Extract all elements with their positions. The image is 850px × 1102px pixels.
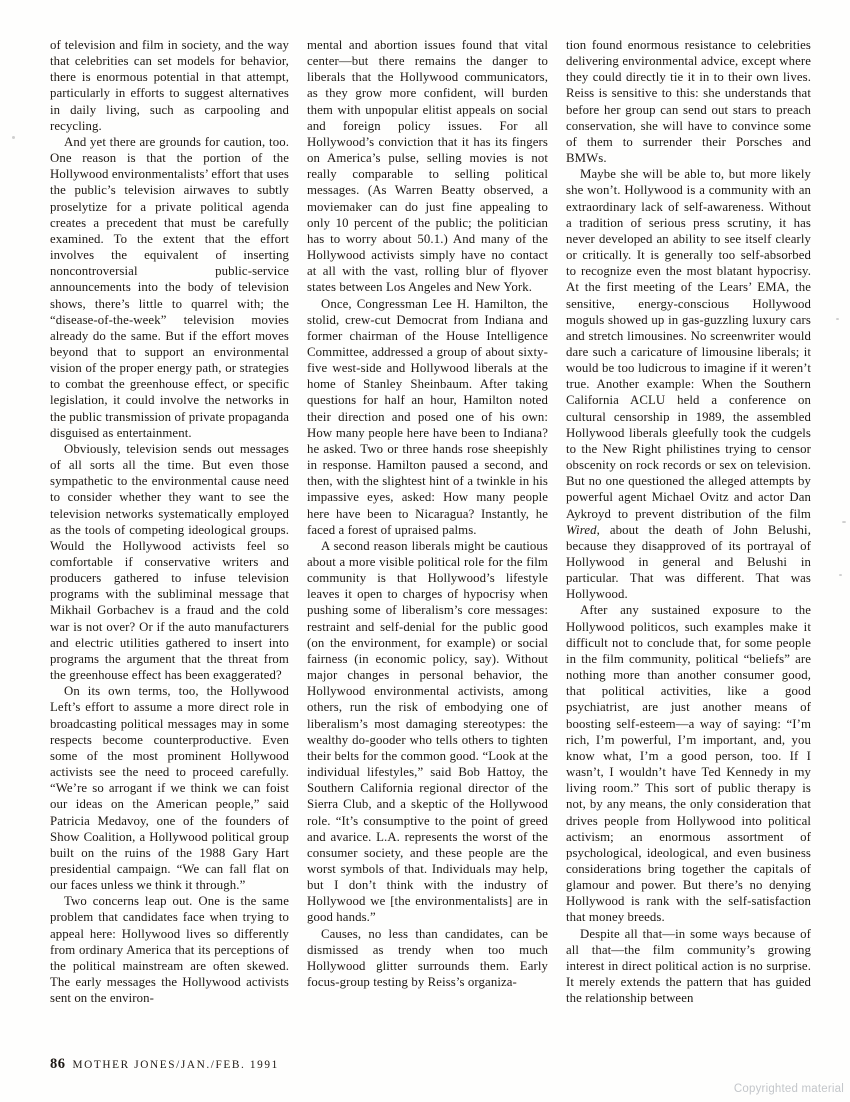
scan-speck xyxy=(839,574,842,576)
text-column-1: of television and film in society, and t… xyxy=(50,37,289,1051)
film-title-italic: Wired, xyxy=(566,523,600,537)
body-paragraph: of television and film in society, and t… xyxy=(50,37,289,134)
text-column-2: mental and abortion issues found that vi… xyxy=(307,37,548,1051)
body-paragraph: Maybe she will be able to, but more like… xyxy=(566,166,811,602)
page-footer: 86MOTHER JONES/JAN./FEB. 1991 xyxy=(50,1055,279,1073)
page-number: 86 xyxy=(50,1056,66,1072)
magazine-page: of television and film in society, and t… xyxy=(0,0,850,1102)
body-paragraph: A second reason liberals might be cautio… xyxy=(307,538,548,926)
magazine-folio: MOTHER JONES/JAN./FEB. 1991 xyxy=(73,1059,279,1071)
body-paragraph: After any sustained exposure to the Holl… xyxy=(566,602,811,925)
body-paragraph: mental and abortion issues found that vi… xyxy=(307,37,548,296)
body-paragraph: Two concerns leap out. One is the same p… xyxy=(50,893,289,1006)
body-paragraph: Causes, no less than candidates, can be … xyxy=(307,926,548,991)
scan-speck xyxy=(836,318,839,320)
copyright-watermark: Copyrighted material xyxy=(734,1083,844,1095)
body-paragraph: Obviously, television sends out messages… xyxy=(50,441,289,683)
body-paragraph: On its own terms, too, the Hollywood Lef… xyxy=(50,683,289,893)
paragraph-text: about the death of John Belushi, because… xyxy=(566,523,811,602)
body-paragraph: And yet there are grounds for caution, t… xyxy=(50,134,289,441)
paragraph-text: Maybe she will be able to, but more like… xyxy=(566,167,811,520)
scan-speck xyxy=(12,136,15,139)
body-paragraph: tion found enormous resistance to celebr… xyxy=(566,37,811,166)
body-paragraph: Despite all that—in some ways because of… xyxy=(566,926,811,1007)
scan-speck xyxy=(842,521,846,523)
text-column-3: tion found enormous resistance to celebr… xyxy=(566,37,811,1051)
body-paragraph: Once, Congressman Lee H. Hamilton, the s… xyxy=(307,296,548,538)
